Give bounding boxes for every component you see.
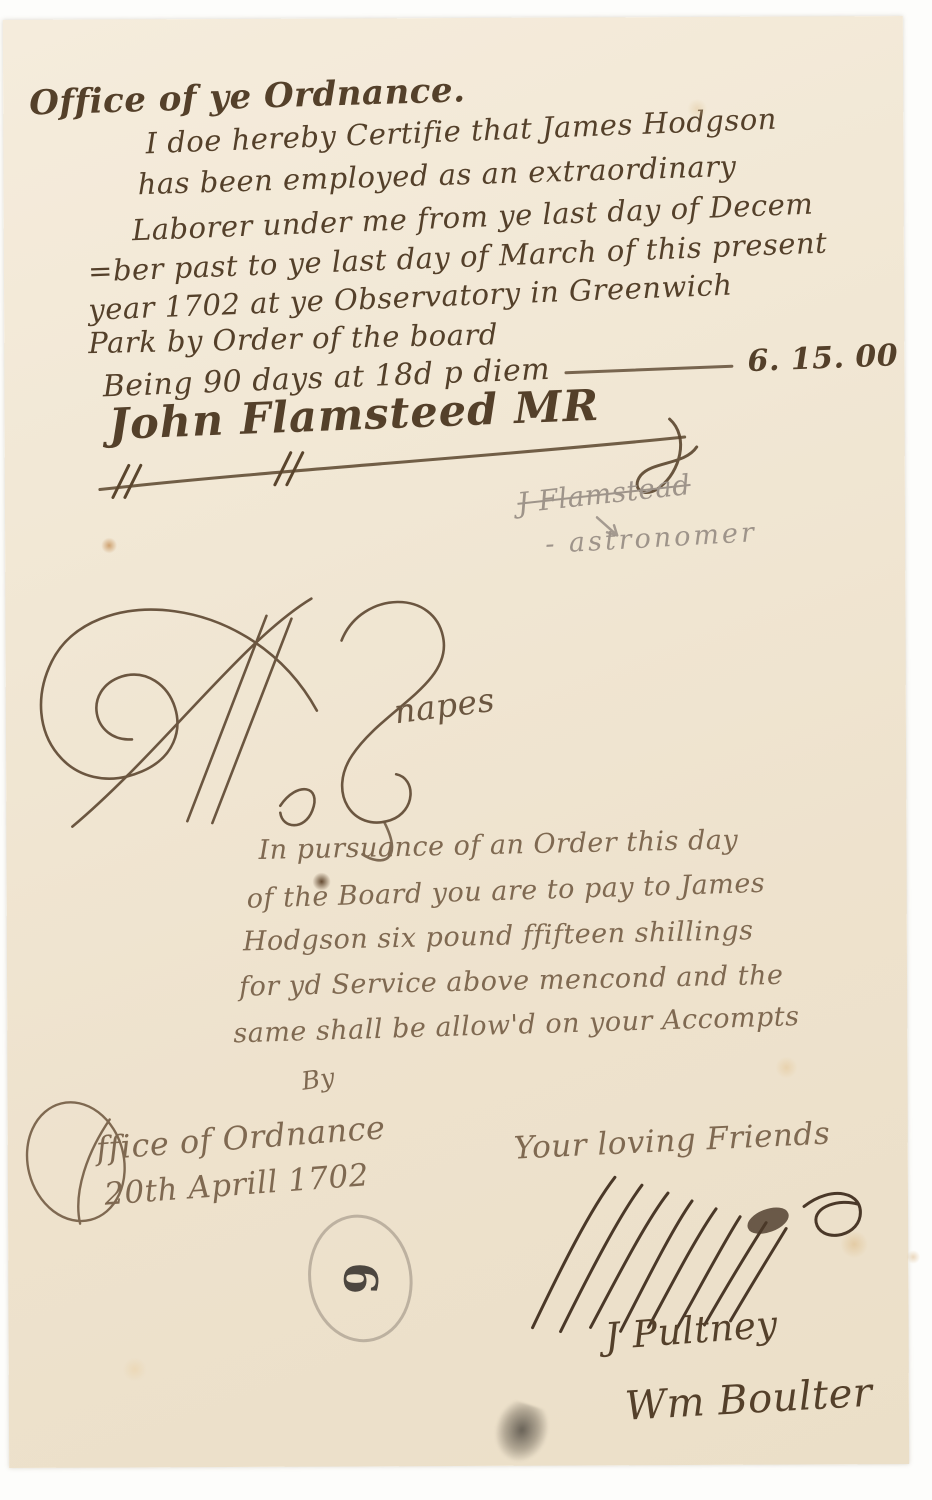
order-by: By [300, 1062, 337, 1096]
payment-dash [564, 365, 734, 375]
fox-spot [123, 1357, 147, 1381]
signature-boulter: Wm Boulter [624, 1370, 874, 1430]
ink-blot [313, 873, 331, 891]
fox-spot [906, 1250, 920, 1264]
fox-spot [101, 537, 117, 553]
order-line-3: Hodgson six pound ffifteen shillings [243, 915, 754, 957]
collection-stamp: 6 [300, 1208, 421, 1350]
manuscript-page: Office of ye Ordnance. I doe hereby Cert… [3, 16, 909, 1468]
fox-spot [687, 99, 707, 119]
stamp-number: 6 [333, 1262, 388, 1296]
order-line-4: for yd Service above mencond and the [239, 960, 784, 1003]
order-line-5: same shall be allow'd on your Accompts [233, 1001, 800, 1049]
fox-spot [775, 1057, 797, 1079]
ink-smudge [487, 1397, 554, 1468]
dateline-date: 20th Aprill 1702 [103, 1157, 370, 1213]
fox-spot [840, 1230, 868, 1258]
payment-amount: 6. 15. 00 [747, 338, 899, 379]
pencil-note: - astronomer [544, 517, 757, 560]
